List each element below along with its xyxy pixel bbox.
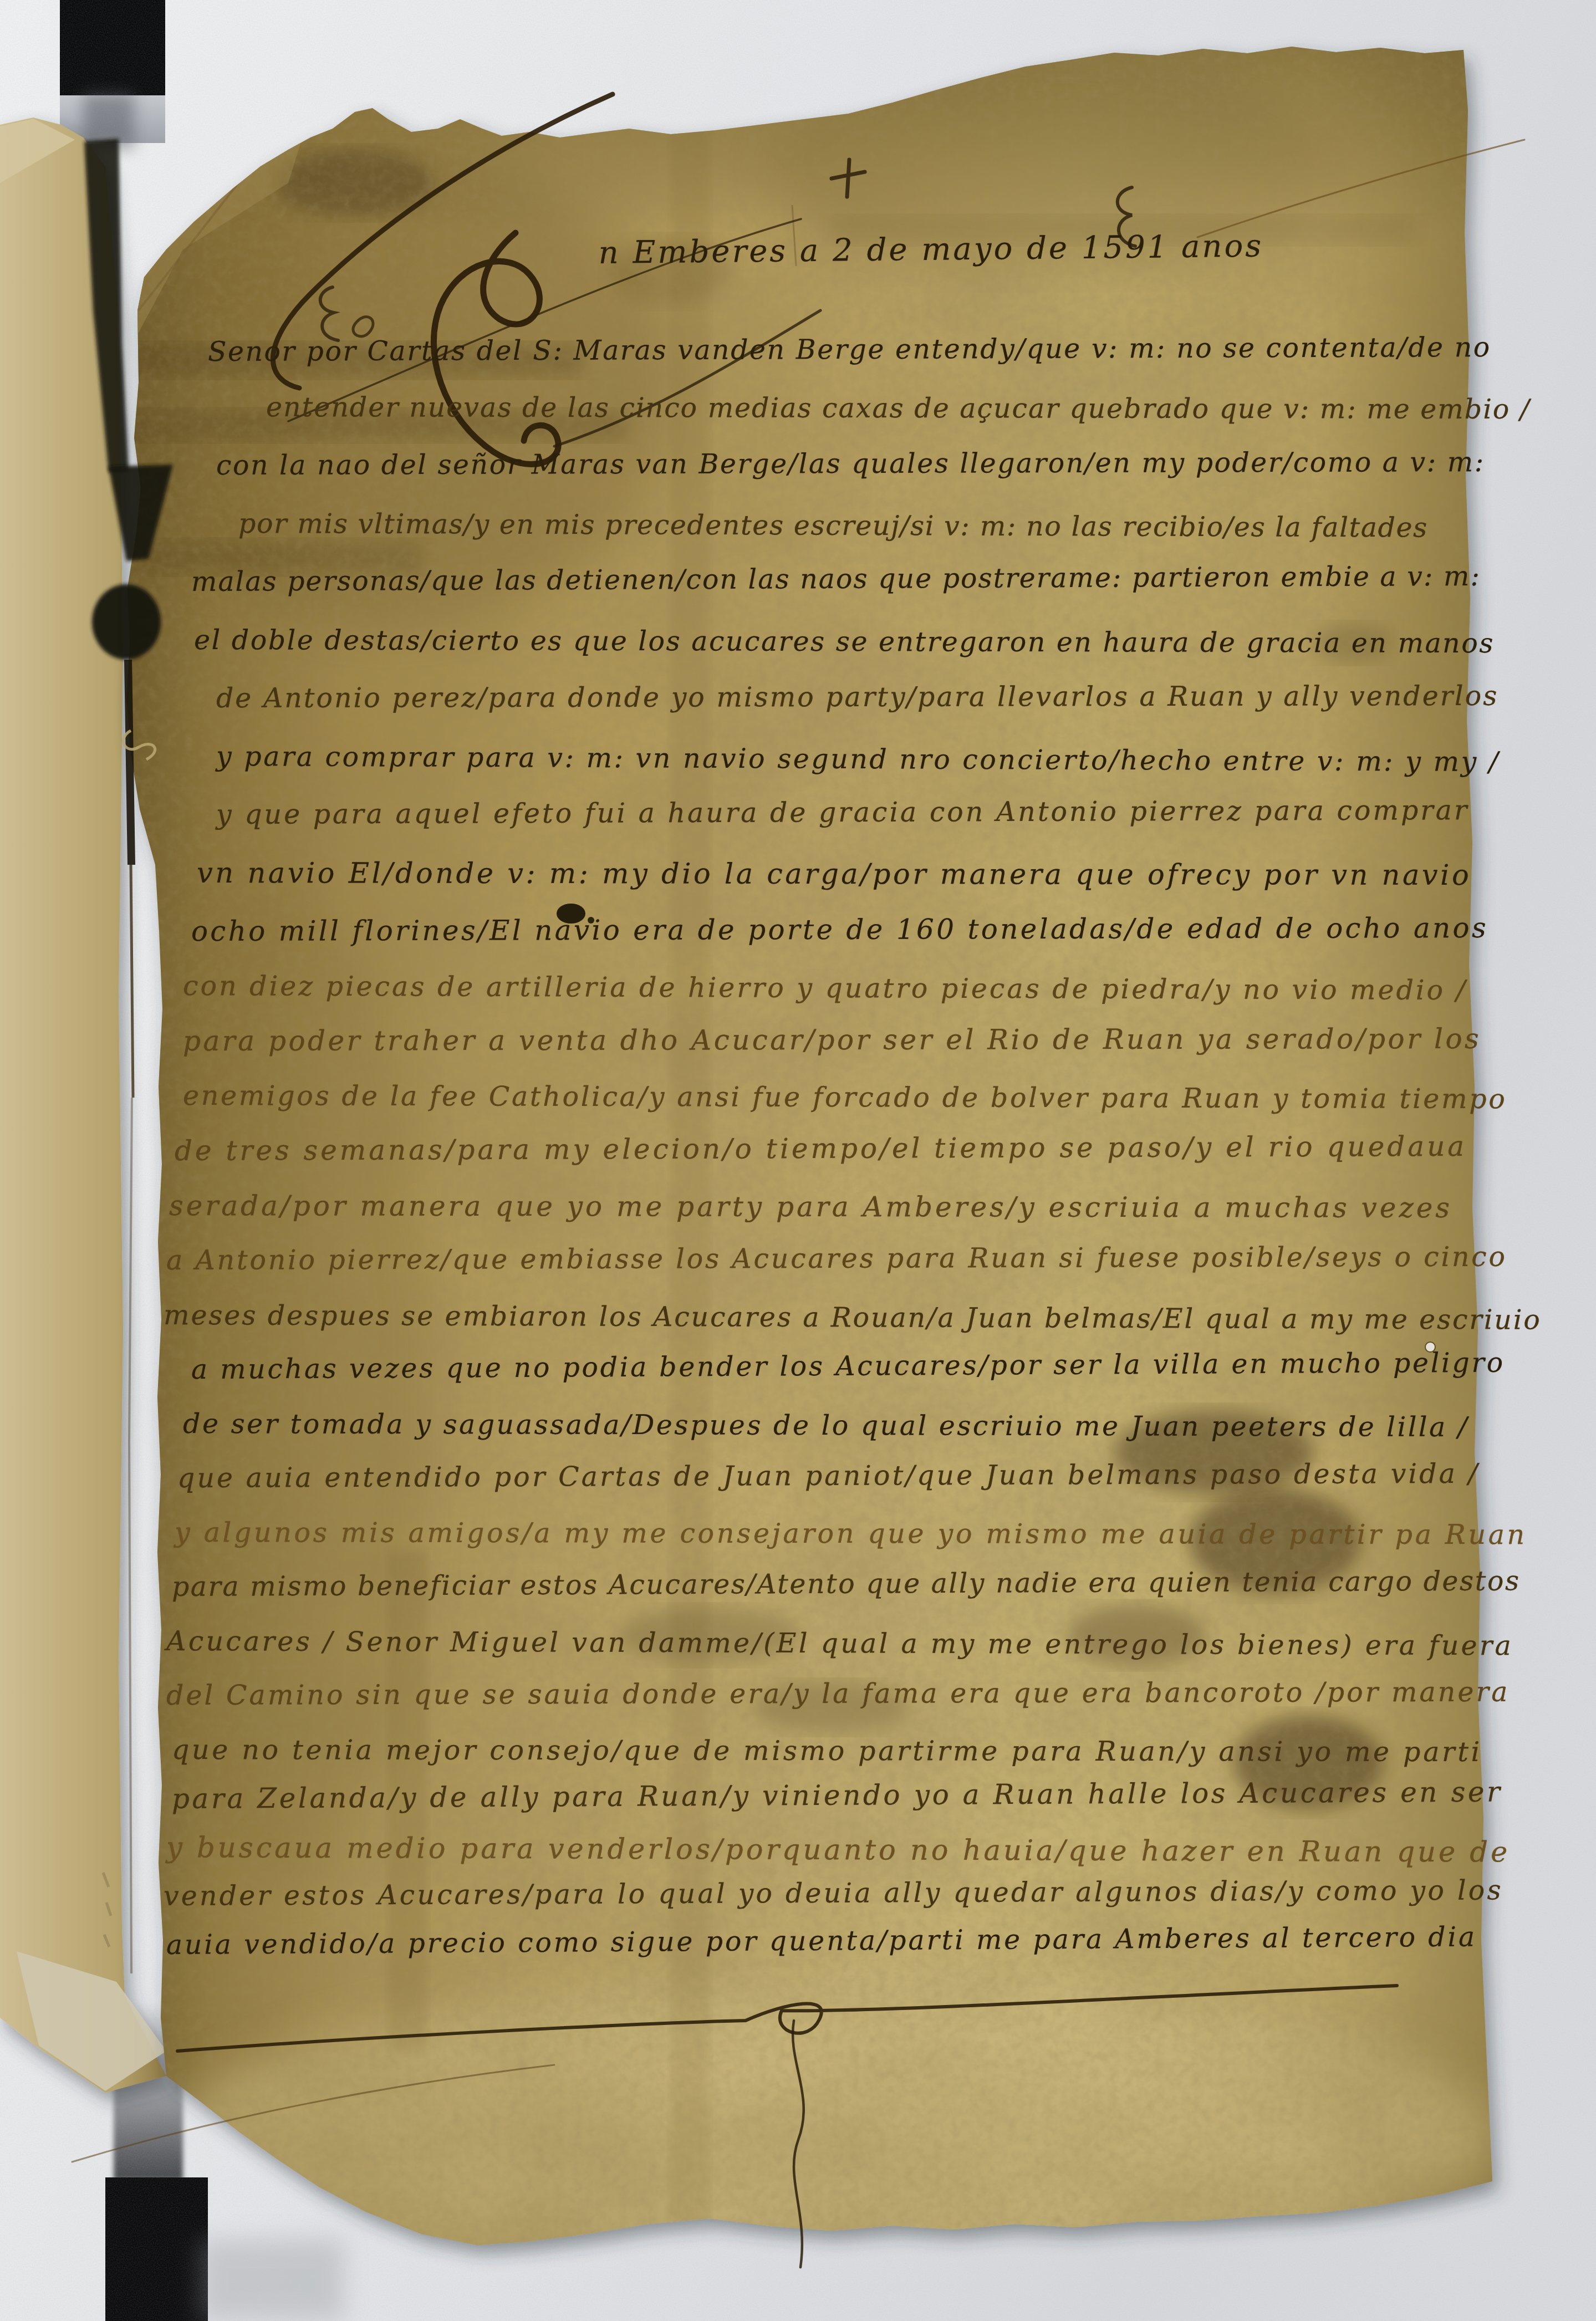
manuscript-line: de ser tomada y saguassada/Despues de lo… <box>183 1408 1469 1443</box>
manuscript-line: a muchas vezes que no podia bender los A… <box>191 1347 1505 1385</box>
manuscript-line: del Camino sin que se sauia donde era/y … <box>166 1676 1510 1711</box>
manuscript-text-block: n Emberes a 2 de mayo de 1591 anos Senor… <box>0 0 1596 2321</box>
manuscript-line: malas personas/que las detienen/con las … <box>191 560 1481 598</box>
dateline: n Emberes a 2 de mayo de 1591 anos <box>598 228 1263 271</box>
manuscript-line: el doble destas/cierto es que los acucar… <box>194 624 1495 659</box>
manuscript-line: vn navio El/donde v: m: my dio la carga/… <box>197 857 1471 892</box>
manuscript-line: vender estos Acucares/para lo qual yo de… <box>164 1874 1503 1912</box>
manuscript-line: y para comprar para v: m: vn navio segun… <box>216 741 1500 778</box>
manuscript-line: de tres semanas/para my elecion/o tiempo… <box>175 1130 1467 1167</box>
manuscript-line: serada/por manera que yo me party para A… <box>169 1190 1452 1224</box>
manuscript-line: meses despues se embiaron los Acucares a… <box>164 1299 1542 1336</box>
manuscript-line: enemigos de la fee Catholica/y ansi fue … <box>183 1080 1507 1115</box>
manuscript-line: que no tenia mejor consejo/que de mismo … <box>172 1734 1482 1768</box>
manuscript-line: con diez piecas de artilleria de hierro … <box>183 970 1467 1006</box>
manuscript-line: Senor por Cartas del S: Maras vanden Ber… <box>208 331 1491 368</box>
manuscript-line: Acucares / Senor Miguel van damme/(El qu… <box>166 1625 1513 1661</box>
manuscript-line: ocho mill florines/El navio era de porte… <box>191 912 1488 947</box>
manuscript-line: con la nao del señor Maras van Berge/las… <box>216 446 1485 481</box>
manuscript-line: a Antonio pierrez/que embiasse los Acuca… <box>166 1241 1507 1276</box>
manuscript-line: y algunos mis amigos/a my me consejaron … <box>175 1517 1527 1550</box>
manuscript-line: por mis vltimas/y en mis precedentes esc… <box>238 508 1428 543</box>
manuscript-line: que auia entendido por Cartas de Juan pa… <box>177 1458 1480 1494</box>
manuscript-line: auia vendido/a precio como sigue por que… <box>166 1921 1477 1961</box>
manuscript-line: para Zelanda/y de ally para Ruan/y vinie… <box>172 1776 1503 1815</box>
manuscript-line: entender nuevas de las cinco medias caxa… <box>266 391 1531 425</box>
manuscript-line: de Antonio perez/para donde yo mismo par… <box>216 680 1499 714</box>
manuscript-line: para mismo beneficiar estos Acucares/Ate… <box>172 1565 1521 1603</box>
photo-stage: n Emberes a 2 de mayo de 1591 anos Senor… <box>0 0 1596 2321</box>
manuscript-line: y que para aquel efeto fui a haura de gr… <box>216 794 1470 830</box>
manuscript-line: y buscaua medio para venderlos/porquanto… <box>166 1832 1510 1869</box>
manuscript-line: para poder traher a venta dho Acucar/por… <box>183 1023 1481 1057</box>
